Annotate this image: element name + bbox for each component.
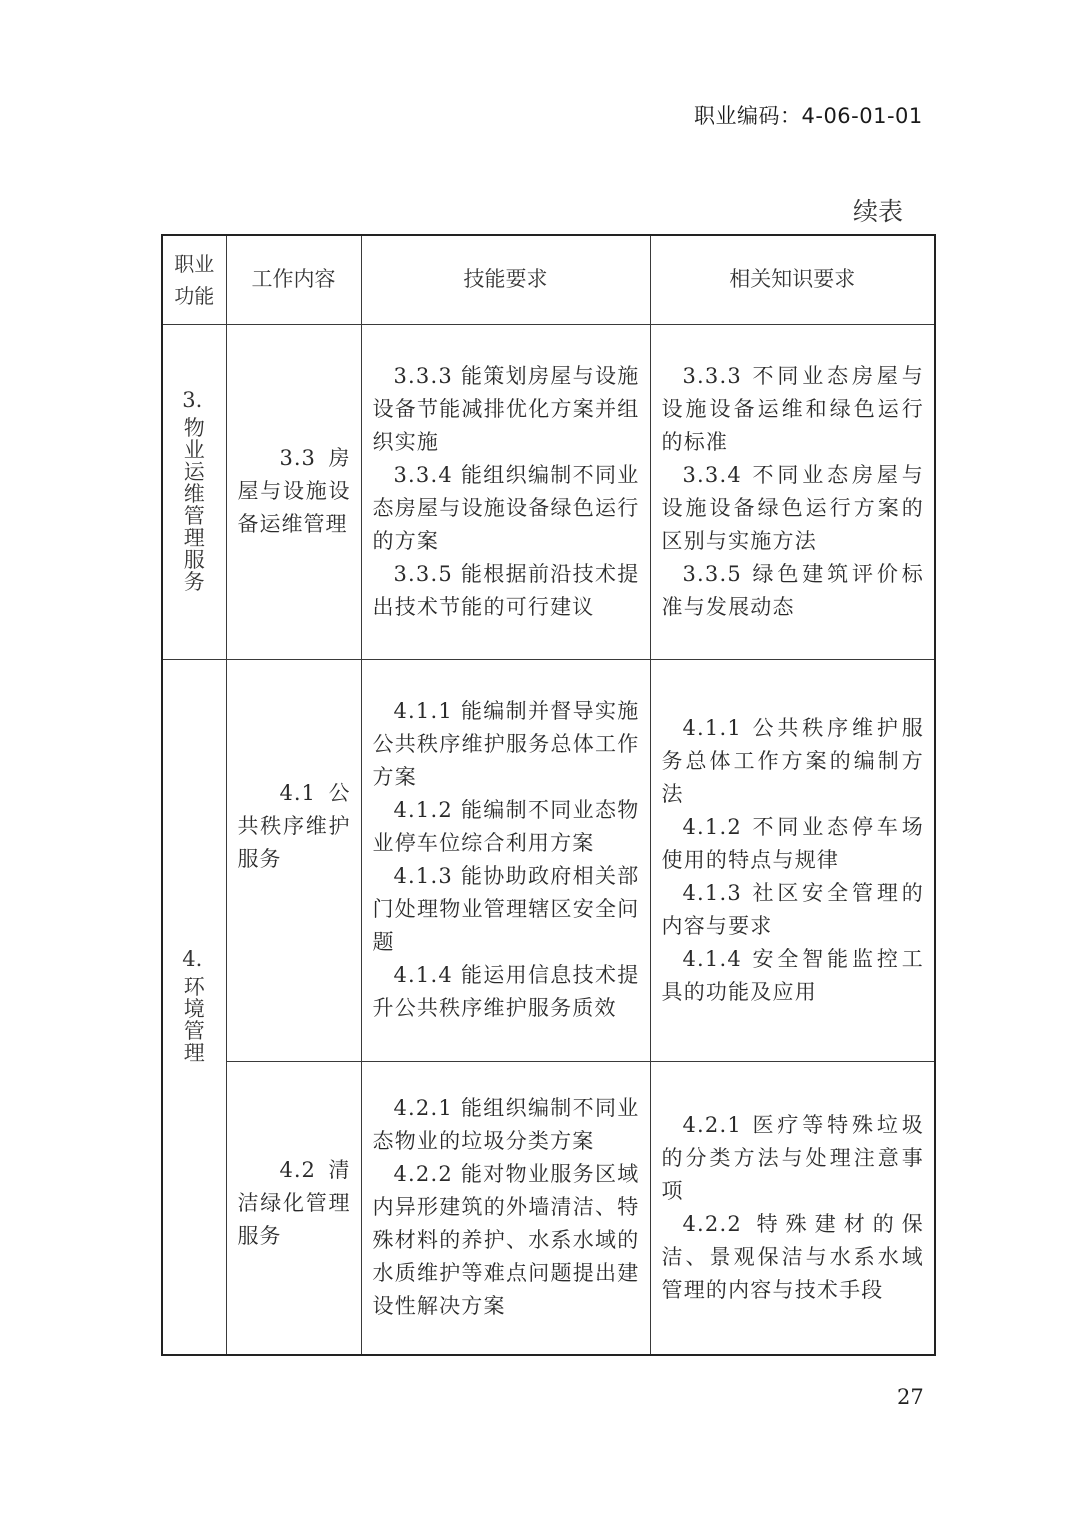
skill-item: 4.2.1 能组织编制不同业态物业的垃圾分类方案 <box>373 1092 640 1158</box>
knowledge-item: 4.1.3 社区安全管理的内容与要求 <box>662 877 925 943</box>
work-content-cell: 4.2 清洁绿化管理服务 <box>226 1061 361 1355</box>
knowledge-cell: 4.2.1 医疗等特殊垃圾的分类方法与处理注意事项 4.2.2 特殊建材的保洁、… <box>650 1061 935 1355</box>
column-header-function: 职业功能 <box>162 235 226 324</box>
skills-requirements-table: 职业功能 工作内容 技能要求 相关知识要求 3. 物业运维管理服务 3.3 房屋… <box>161 234 936 1356</box>
knowledge-item: 4.2.2 特殊建材的保洁、景观保洁与水系水域管理的内容与技术手段 <box>662 1208 925 1307</box>
column-header-skills: 技能要求 <box>361 235 650 324</box>
skill-item: 3.3.3 能策划房屋与设施设备节能减排优化方案并组织实施 <box>373 360 640 459</box>
function-number: 4. <box>182 944 206 974</box>
skills-table-container: 职业功能 工作内容 技能要求 相关知识要求 3. 物业运维管理服务 3.3 房屋… <box>161 234 934 1354</box>
skills-cell: 3.3.3 能策划房屋与设施设备节能减排优化方案并组织实施 3.3.4 能组织编… <box>361 324 650 659</box>
skill-item: 4.1.3 能协助政府相关部门处理物业管理辖区安全问题 <box>373 860 640 959</box>
table-header-row: 职业功能 工作内容 技能要求 相关知识要求 <box>162 235 935 324</box>
skill-item: 3.3.5 能根据前沿技术提出技术节能的可行建议 <box>373 558 640 624</box>
function-title: 物业运维管理服务 <box>184 416 205 594</box>
skill-item: 4.1.2 能编制不同业态物业停车位综合利用方案 <box>373 794 640 860</box>
skills-cell: 4.2.1 能组织编制不同业态物业的垃圾分类方案 4.2.2 能对物业服务区域内… <box>361 1061 650 1355</box>
function-cell: 4. 环境管理 <box>162 659 226 1355</box>
continued-table-label: 续表 <box>853 192 903 228</box>
column-header-knowledge: 相关知识要求 <box>650 235 935 324</box>
knowledge-item: 4.1.2 不同业态停车场使用的特点与规律 <box>662 811 925 877</box>
function-cell: 3. 物业运维管理服务 <box>162 324 226 659</box>
work-content-cell: 4.1 公共秩序维护服务 <box>226 659 361 1061</box>
knowledge-item: 4.2.1 医疗等特殊垃圾的分类方法与处理注意事项 <box>662 1109 925 1208</box>
skill-item: 4.1.4 能运用信息技术提升公共秩序维护服务质效 <box>373 959 640 1025</box>
skill-item: 3.3.4 能组织编制不同业态房屋与设施设备绿色运行的方案 <box>373 459 640 558</box>
knowledge-item: 4.1.4 安全智能监控工具的功能及应用 <box>662 943 925 1009</box>
skill-item: 4.2.2 能对物业服务区域内异形建筑的外墙清洁、特殊材料的养护、水系水域的水质… <box>373 1158 640 1323</box>
table-row: 3. 物业运维管理服务 3.3 房屋与设施设备运维管理 3.3.3 能策划房屋与… <box>162 324 935 659</box>
knowledge-item: 4.1.1 公共秩序维护服务总体工作方案的编制方法 <box>662 712 925 811</box>
skills-cell: 4.1.1 能编制并督导实施公共秩序维护服务总体工作方案 4.1.2 能编制不同… <box>361 659 650 1061</box>
occupation-code: 职业编码：4-06-01-01 <box>694 100 923 130</box>
function-number: 3. <box>182 385 206 415</box>
knowledge-cell: 4.1.1 公共秩序维护服务总体工作方案的编制方法 4.1.2 不同业态停车场使… <box>650 659 935 1061</box>
knowledge-cell: 3.3.3 不同业态房屋与设施设备运维和绿色运行的标准 3.3.4 不同业态房屋… <box>650 324 935 659</box>
function-label: 4. 环境管理 <box>182 944 206 1064</box>
skill-item: 4.1.1 能编制并督导实施公共秩序维护服务总体工作方案 <box>373 695 640 794</box>
table-row: 4. 环境管理 4.1 公共秩序维护服务 4.1.1 能编制并督导实施公共秩序维… <box>162 659 935 1061</box>
knowledge-item: 3.3.3 不同业态房屋与设施设备运维和绿色运行的标准 <box>662 360 925 459</box>
knowledge-item: 3.3.5 绿色建筑评价标准与发展动态 <box>662 558 925 624</box>
column-header-work-content: 工作内容 <box>226 235 361 324</box>
function-title: 环境管理 <box>184 975 205 1065</box>
page-number: 27 <box>897 1385 924 1409</box>
function-label: 3. 物业运维管理服务 <box>182 385 206 593</box>
work-content-text: 4.2 清洁绿化管理服务 <box>238 1154 351 1253</box>
table-row: 4.2 清洁绿化管理服务 4.2.1 能组织编制不同业态物业的垃圾分类方案 4.… <box>162 1061 935 1355</box>
work-content-text: 4.1 公共秩序维护服务 <box>238 777 351 876</box>
work-content-cell: 3.3 房屋与设施设备运维管理 <box>226 324 361 659</box>
knowledge-item: 3.3.4 不同业态房屋与设施设备绿色运行方案的区别与实施方法 <box>662 459 925 558</box>
work-content-text: 3.3 房屋与设施设备运维管理 <box>238 442 351 541</box>
